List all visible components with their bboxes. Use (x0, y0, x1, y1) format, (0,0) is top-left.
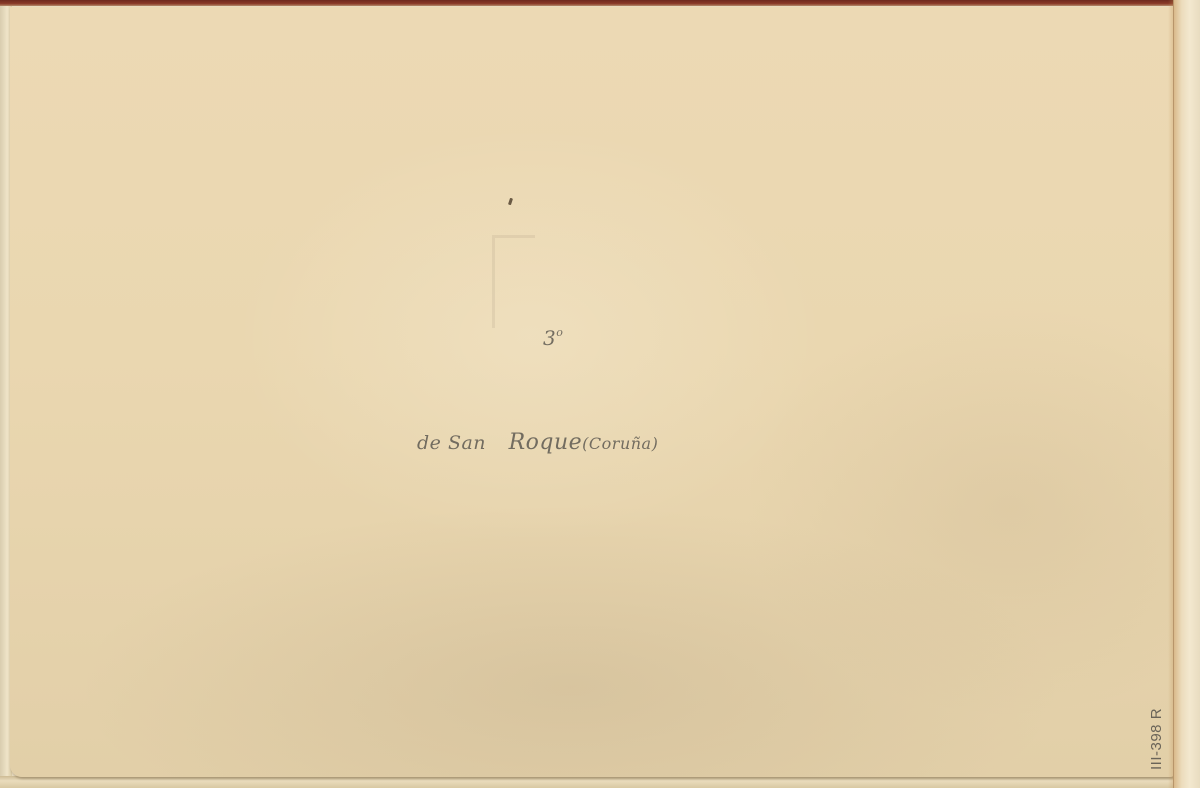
numeral-digit: 3 (543, 326, 556, 350)
book-cover-edge (0, 0, 1200, 6)
faded-stamp-trace (492, 235, 535, 328)
handwritten-caption: de San Roque(Coruña) (417, 430, 658, 455)
caption-place: Roque (509, 430, 583, 455)
scanned-page: 3o de San Roque(Coruña) III-398 R (0, 0, 1200, 788)
paper-page (10, 7, 1176, 777)
binding-strip (1173, 0, 1200, 788)
numeral-superscript: o (556, 326, 563, 339)
handwritten-numeral: 3o (543, 326, 563, 350)
catalog-number: III-398 R (1148, 708, 1165, 770)
caption-region: (Coruña) (582, 434, 658, 453)
caption-prefix: de San (417, 432, 486, 454)
page-stack-bottom-edge (0, 776, 1200, 788)
